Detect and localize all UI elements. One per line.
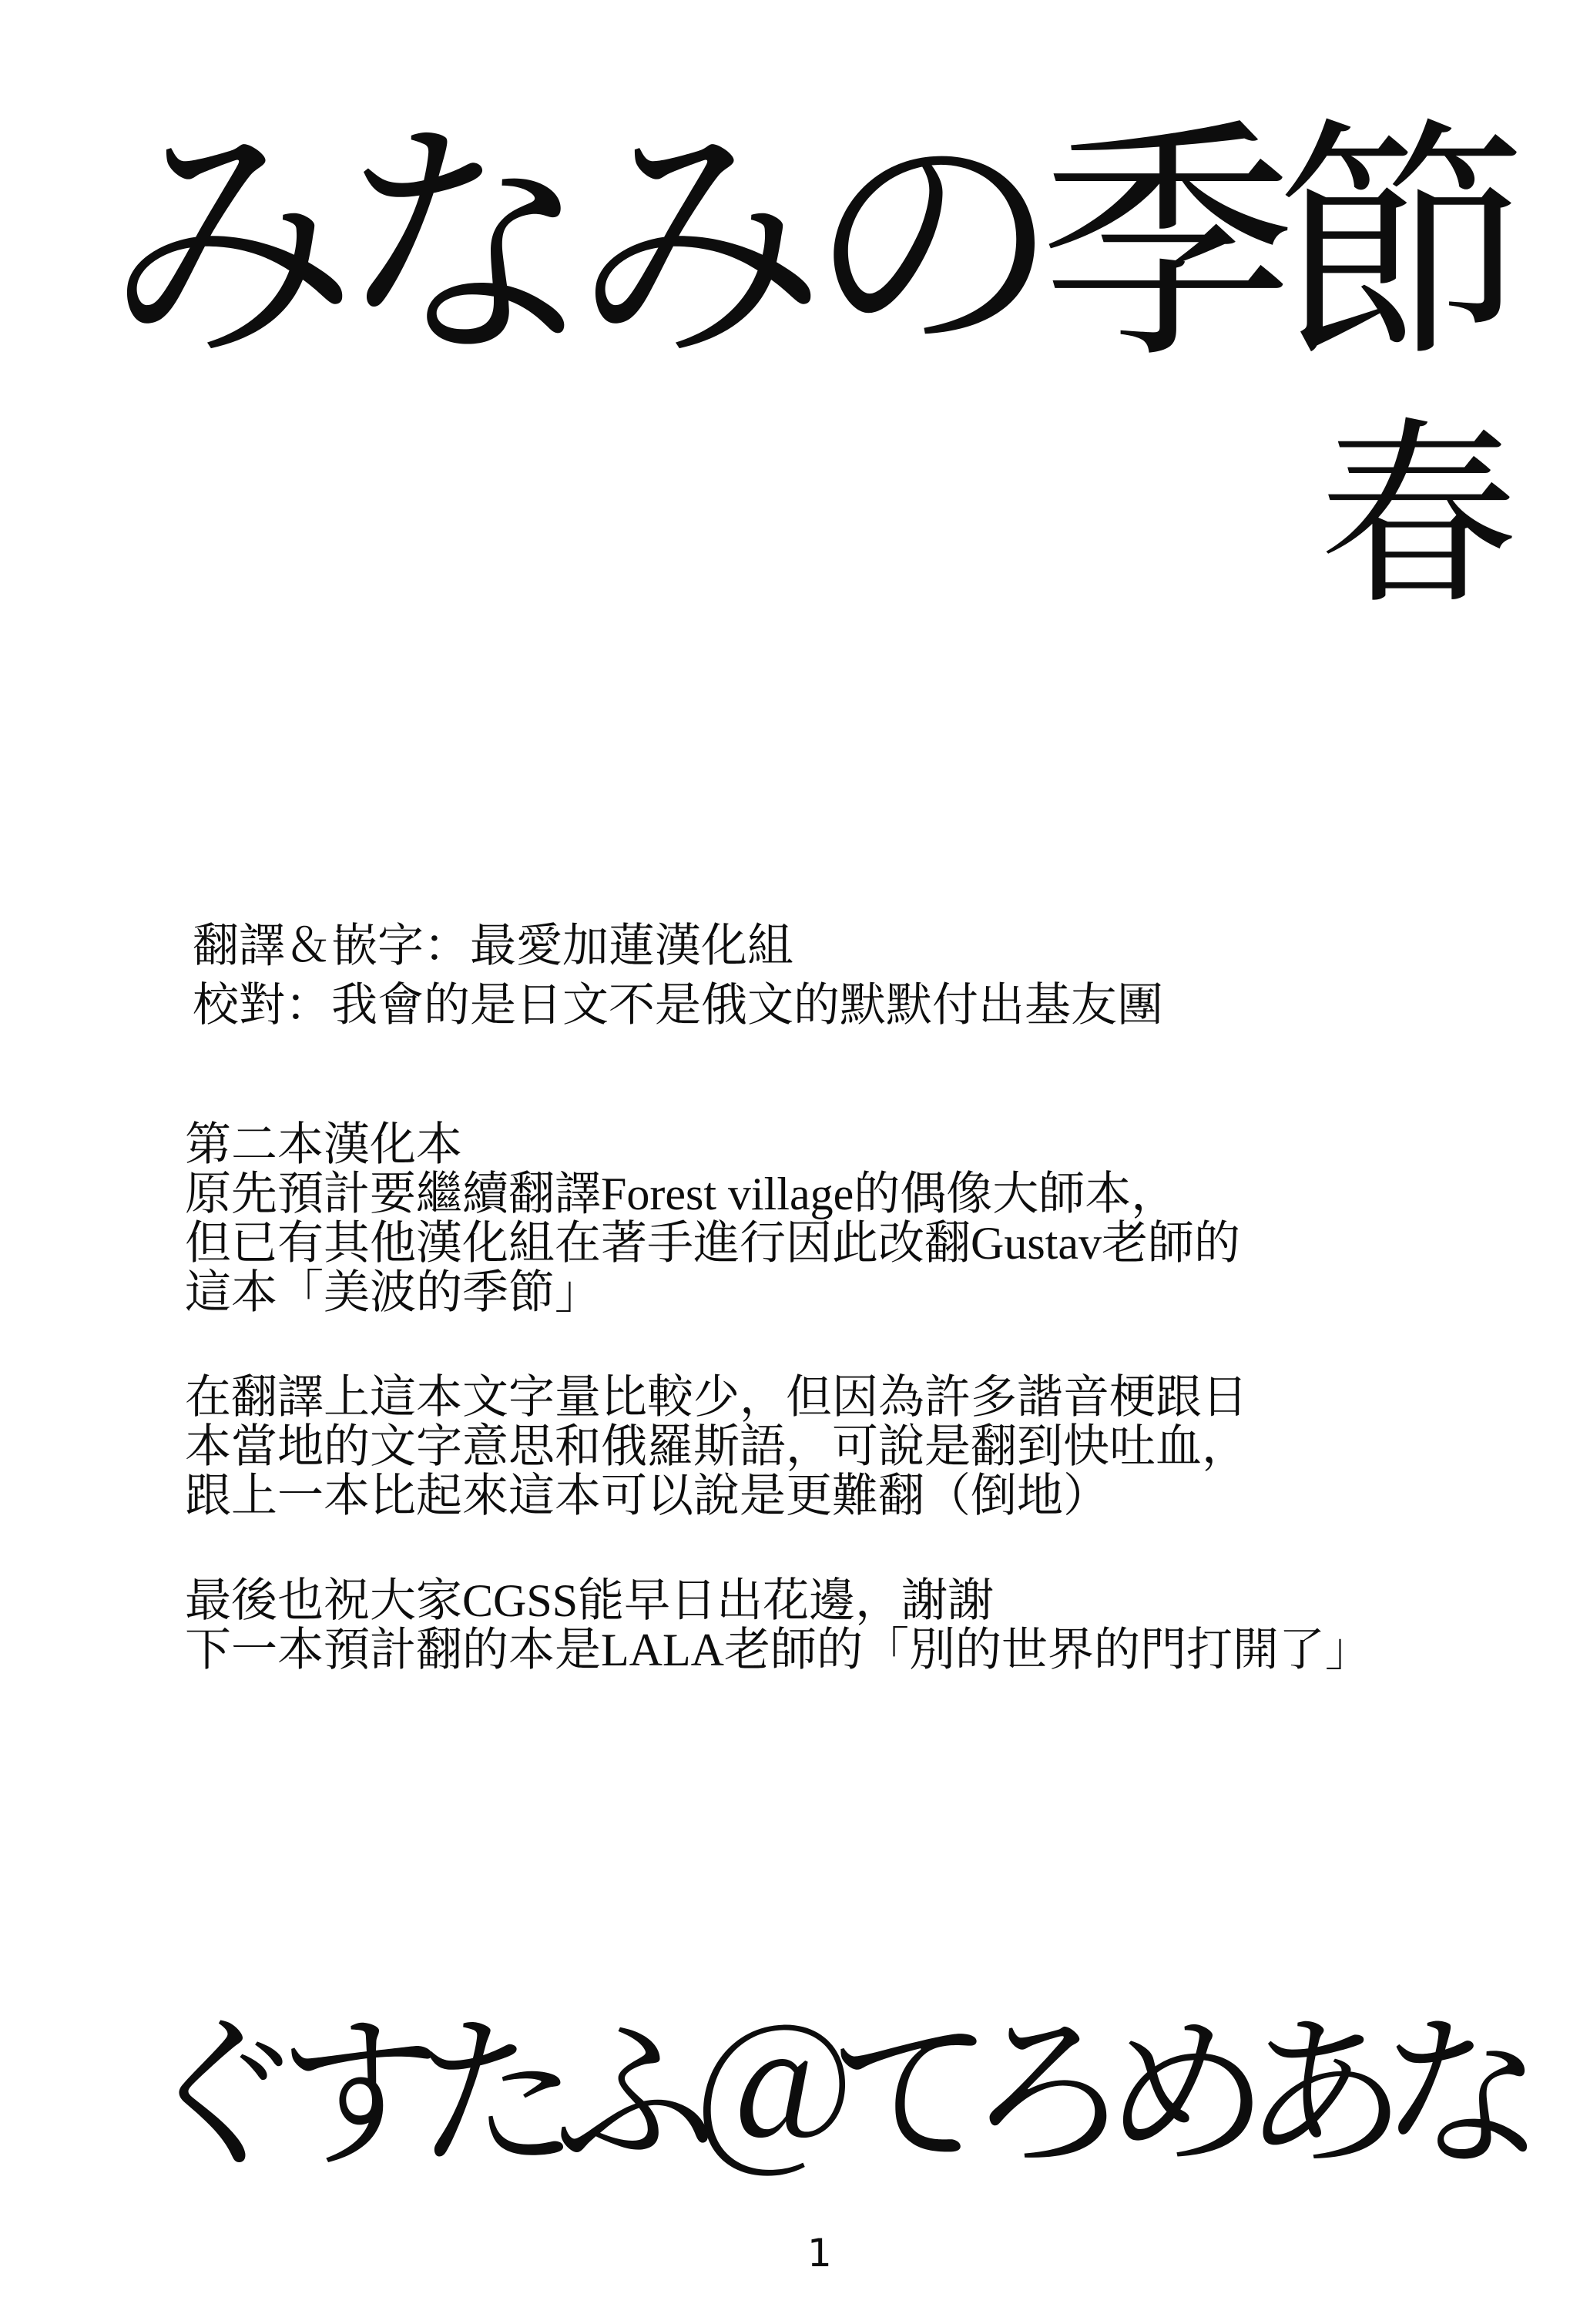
afterword-paragraph-3: 最後也祝大家CGSS能早日出花邊，謝謝 下一本預計翻的本是LALA老師的「別的世…: [185, 1576, 1371, 1675]
afterword-line: 原先預計要繼續翻譯Forest village的偶像大師本，: [185, 1169, 1371, 1219]
credit-line-translation: 翻譯＆嵌字：最愛加蓮漢化組: [193, 917, 1163, 976]
afterword-line: 本當地的文字意思和俄羅斯語，可說是翻到快吐血，: [185, 1422, 1371, 1471]
artist-signature: ぐすたふ＠てろめあな: [139, 2007, 1518, 2181]
credits-block: 翻譯＆嵌字：最愛加蓮漢化組 校對：我會的是日文不是俄文的默默付出基友團: [193, 917, 1163, 1035]
afterword-line: 最後也祝大家CGSS能早日出花邊，謝謝: [185, 1576, 1371, 1625]
afterword-paragraph-1: 第二本漢化本 原先預計要繼續翻譯Forest village的偶像大師本， 但已…: [185, 1120, 1371, 1317]
afterword-line: 跟上一本比起來這本可以說是更難翻（倒地）: [185, 1471, 1371, 1521]
scanned-doujin-page: みなみの季節 春 翻譯＆嵌字：最愛加蓮漢化組 校對：我會的是日文不是俄文的默默付…: [0, 0, 1580, 2324]
afterword-paragraph-2: 在翻譯上這本文字量比較少，但因為許多諧音梗跟日 本當地的文字意思和俄羅斯語，可說…: [185, 1373, 1371, 1521]
afterword-line: 第二本漢化本: [185, 1120, 1371, 1169]
afterword-line: 這本「美波的季節」: [185, 1268, 1371, 1317]
doujin-title: みなみの季節: [104, 112, 1509, 379]
afterword-block: 第二本漢化本 原先預計要繼續翻譯Forest village的偶像大師本， 但已…: [185, 1120, 1371, 1730]
afterword-line: 但已有其他漢化組在著手進行因此改翻Gustav老師的: [185, 1219, 1371, 1268]
title-season-kanji: 春: [1319, 412, 1518, 621]
afterword-line: 下一本預計翻的本是LALA老師的「別的世界的門打開了」: [185, 1625, 1371, 1675]
page-number: 1: [807, 2232, 832, 2275]
afterword-line: 在翻譯上這本文字量比較少，但因為許多諧音梗跟日: [185, 1373, 1371, 1422]
credit-line-proofread: 校對：我會的是日文不是俄文的默默付出基友團: [193, 976, 1163, 1035]
